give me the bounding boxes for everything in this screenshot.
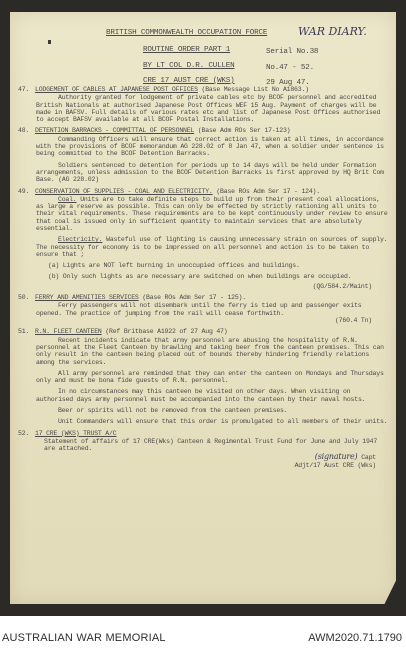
section-51: 51.R.N. FLEET CANTEEN (Ref Britbase A192…: [36, 328, 388, 425]
section-title: 17 CRE (WKS) TRUST A/C: [35, 430, 116, 437]
paragraph: Commanding Officers will ensure that cor…: [36, 136, 388, 158]
signatory-appointment: Adjt/17 Aust CRE (Wks): [36, 462, 388, 469]
paragraph: In no circumstances may this canteen be …: [36, 388, 388, 403]
list-item: (a) Lights are NOT left burning in unocc…: [48, 262, 388, 269]
section-49: 49.CONSERVATION OF SUPPLIES - COAL AND E…: [36, 188, 388, 291]
section-ref: (Ref Britbase A1922 of 27 Aug 47): [105, 328, 227, 335]
section-number: 47.: [18, 86, 35, 93]
section-title: CONSERVATION OF SUPPLIES - COAL AND ELEC…: [35, 188, 213, 195]
section-ref: (Base ROs Adm Ser 17 - 124).: [216, 188, 320, 195]
section-number: 49.: [18, 188, 35, 195]
header-line-left-3: CRE 17 AUST CRE (WKS): [143, 77, 235, 85]
section-title: DETENTION BARRACKS - COMMITTAL OF PERSON…: [35, 127, 194, 134]
serial-number: Serial No.38: [266, 48, 318, 56]
section-52: 52.17 CRE (WKS) TRUST A/C Statement of a…: [36, 430, 388, 469]
ink-mark: [48, 40, 51, 44]
accession-number: AWM2020.71.1790: [308, 632, 402, 644]
section-ref: (Base ROs Adm Ser 17 - 125).: [142, 294, 246, 301]
section-number: 48.: [18, 127, 35, 134]
document-title: BRITISH COMMONWEALTH OCCUPATION FORCE: [106, 29, 267, 37]
section-ref: (Base Message List No A1863.): [202, 86, 309, 93]
paragraph-electricity: Electricity. Wasteful use of lighting is…: [36, 236, 388, 258]
paragraph: Recent incidents indicate that army pers…: [36, 337, 388, 366]
paragraph: Beer or spirits will not be removed from…: [36, 407, 388, 414]
order-numbers: No.47 - 52.: [266, 64, 314, 72]
signature-block: (signature) Capt: [36, 453, 388, 461]
paragraph: Ferry passengers will not disembark unti…: [36, 302, 388, 317]
section-number: 52.: [18, 430, 35, 437]
signature: (signature): [315, 452, 358, 461]
paragraph-lead: Electricity.: [58, 236, 102, 243]
institution-credit: AUSTRALIAN WAR MEMORIAL: [2, 632, 166, 644]
document-body: 47.LODGEMENT OF CABLES AT JAPANESE POST …: [36, 86, 388, 473]
signatory-rank: Capt: [361, 454, 376, 461]
file-reference: (QG/584.2/Maint): [36, 283, 388, 290]
paragraph: Unit Commanders will ensure that this or…: [36, 418, 388, 425]
section-number: 50.: [18, 294, 35, 301]
section-title: LODGEMENT OF CABLES AT JAPANESE POST OFF…: [35, 86, 198, 93]
paragraph: Authority granted for lodgement of priva…: [36, 94, 388, 123]
paragraph-lead: Coal.: [58, 196, 77, 203]
section-ref: (Base Adm ROs Ser 17-123): [198, 127, 291, 134]
paragraph-coal: Coal. Units are to take definite steps t…: [36, 196, 388, 232]
section-title: R.N. FLEET CANTEEN: [35, 328, 102, 335]
section-47: 47.LODGEMENT OF CABLES AT JAPANESE POST …: [36, 86, 388, 123]
section-50: 50.FERRY AND AMENITIES SERVICES (Base RO…: [36, 294, 388, 324]
list-item: (b) Only such lights as are necessary ar…: [48, 273, 388, 280]
header-line-left-2: BY LT COL D.R. CULLEN: [143, 62, 235, 70]
paragraph: Soldiers sentenced to detention for peri…: [36, 162, 388, 184]
section-number: 51.: [18, 328, 35, 335]
paragraph: All army personnel are reminded that the…: [36, 370, 388, 385]
war-diary-annotation: WAR DIARY.: [298, 25, 367, 38]
paragraph: Statement of affairs of 17 CRE(Wks) Cant…: [44, 438, 388, 453]
header-line-left-1: ROUTINE ORDER PART 1: [143, 46, 230, 54]
section-title: FERRY AND AMENITIES SERVICES: [35, 294, 139, 301]
file-reference: (760.4 Tn): [36, 317, 388, 324]
paragraph-text: Units are to take definite steps to buil…: [36, 196, 388, 232]
section-48: 48.DETENTION BARRACKS - COMMITTAL OF PER…: [36, 127, 388, 183]
